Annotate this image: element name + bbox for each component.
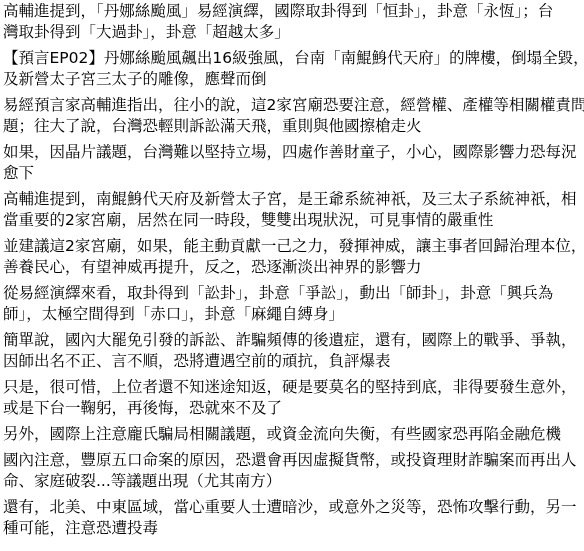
text-line: 簡單說，國內大罷免引發的訴訟、詐騙頻傳的後遺症，還有，國際上的戰爭、爭執， [3, 330, 582, 351]
text-line: 灣取卦得到「大過卦」，卦意「超越太多」 [3, 22, 582, 43]
text-line: 高輔進提到，「丹娜絲颱風」易經演繹，國際取卦得到「恒卦」，卦意「永恆」；台 [3, 1, 582, 22]
paragraph: 高輔進提到，「丹娜絲颱風」易經演繹，國際取卦得到「恒卦」，卦意「永恆」；台 灣取… [3, 1, 582, 43]
text-line: 題；往大了說，台灣恐輕則訴訟滿天飛，重則與他國擦槍走火 [3, 116, 582, 137]
paragraph: 從易經演繹來看，取卦得到「訟卦」，卦意「爭訟」，動出「師卦」，卦意「興兵為 師」… [3, 283, 582, 325]
text-line: 並建議這2家宮廟，如果，能主動貢獻一己之力，發揮神威，讓主事者回歸治理本位， [3, 236, 582, 257]
paragraph: 並建議這2家宮廟，如果，能主動貢獻一己之力，發揮神威，讓主事者回歸治理本位， 善… [3, 236, 582, 278]
paragraph: 如果，因晶片議題，台灣難以堅持立場，四處作善財童子，小心，國際影響力恐每況 愈下 [3, 142, 582, 184]
article-body: 高輔進提到，「丹娜絲颱風」易經演繹，國際取卦得到「恒卦」，卦意「永恆」；台 灣取… [0, 0, 584, 539]
paragraph: 高輔進提到，南鯤鯓代天府及新營太子宮，是王爺系統神祇，及三太子系統神祇，相 當重… [3, 189, 582, 231]
text-line: 從易經演繹來看，取卦得到「訟卦」，卦意「爭訟」，動出「師卦」，卦意「興兵為 [3, 283, 582, 304]
text-line: 只是，很可惜，上位者還不知迷途知返，硬是要莫名的堅持到底，非得要發生意外， [3, 377, 582, 398]
text-line: 愈下 [3, 163, 582, 184]
text-line: 師」，太極空間得到「赤口」，卦意「麻繩自縛身」 [3, 304, 582, 325]
text-line: 或是下台一鞠躬，再後悔，恐就來不及了 [3, 398, 582, 419]
paragraph: 簡單說，國內大罷免引發的訴訟、詐騙頻傳的後遺症，還有，國際上的戰爭、爭執， 因師… [3, 330, 582, 372]
paragraph: 易經預言家高輔進指出，往小的說，這2家宮廟恐要注意，經營權、產權等相關權責問 題… [3, 95, 582, 137]
paragraph: 國內注意，豐原五口命案的原因，恐還會再因虛擬貨幣，或投資理財詐騙案而再出人 命、… [3, 450, 582, 492]
text-line: 另外，國際上注意龐氏騙局相關議題，或資金流向失衡，有些國家恐再陷金融危機 [3, 424, 582, 445]
text-line: 命、家庭破裂...等議題出現（尤其南方） [3, 471, 582, 492]
text-line: 善養民心，有望神威再提升，反之，恐逐漸淡出神界的影響力 [3, 257, 582, 278]
text-line: 因師出名不正、言不順，恐將遭遇空前的頑抗，負評爆表 [3, 351, 582, 372]
text-line: 高輔進提到，南鯤鯓代天府及新營太子宮，是王爺系統神祇，及三太子系統神祇，相 [3, 189, 582, 210]
paragraph: 另外，國際上注意龐氏騙局相關議題，或資金流向失衡，有些國家恐再陷金融危機 [3, 424, 582, 445]
text-line: 易經預言家高輔進指出，往小的說，這2家宮廟恐要注意，經營權、產權等相關權責問 [3, 95, 582, 116]
paragraph: 【預言EP02】丹娜絲颱風飆出16級強風，台南「南鯤鯓代天府」的牌樓，倒塌全毀，… [3, 48, 582, 90]
text-line: 及新營太子宮三太子的雕像，應聲而倒 [3, 69, 582, 90]
text-line: 種可能，注意恐遭投毒 [3, 518, 582, 539]
text-line: 【預言EP02】丹娜絲颱風飆出16級強風，台南「南鯤鯓代天府」的牌樓，倒塌全毀， [3, 48, 582, 69]
text-line: 如果，因晶片議題，台灣難以堅持立場，四處作善財童子，小心，國際影響力恐每況 [3, 142, 582, 163]
text-line: 當重要的2家宮廟，居然在同一時段，雙雙出現狀況，可見事情的嚴重性 [3, 210, 582, 231]
paragraph: 還有，北美、中東區域，當心重要人士遭暗沙，或意外之災等，恐怖攻擊行動，另一 種可… [3, 497, 582, 539]
paragraph: 只是，很可惜，上位者還不知迷途知返，硬是要莫名的堅持到底，非得要發生意外， 或是… [3, 377, 582, 419]
text-line: 國內注意，豐原五口命案的原因，恐還會再因虛擬貨幣，或投資理財詐騙案而再出人 [3, 450, 582, 471]
text-line: 還有，北美、中東區域，當心重要人士遭暗沙，或意外之災等，恐怖攻擊行動，另一 [3, 497, 582, 518]
